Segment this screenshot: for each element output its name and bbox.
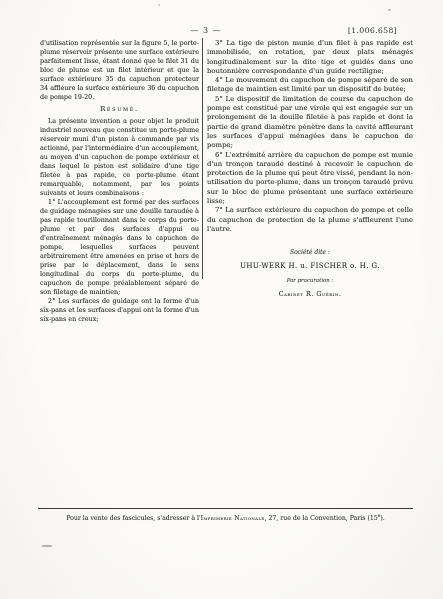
signature-agent-name: Cabinet R. Guérin. (207, 290, 413, 299)
claim-clause-6: 6° L'extrémité arrière du capuchon de po… (207, 151, 413, 207)
patent-reference-number: [1.006.658] (348, 26, 397, 35)
claim-clause-1: 1° L'accouplement est formé par des surf… (40, 198, 199, 297)
footer-rule (38, 508, 413, 509)
intro-paragraph: d'utilisation représentée sur la figure … (40, 39, 199, 102)
signature-company-name: UHU-WERK H. u. FISCHER o. H. G. (207, 262, 413, 271)
page-number: — 3 — (178, 26, 234, 35)
claim-clause-3: 3° La tige de piston munie d'un filet à … (207, 39, 413, 76)
footer-note: Pour la vente des fascicules, s'adresser… (38, 514, 413, 522)
left-column: d'utilisation représentée sur la figure … (40, 39, 199, 324)
claim-clause-2: 2° Les surfaces de guidage ont la forme … (40, 297, 199, 324)
signature-societe-label: Société dite : (207, 248, 413, 257)
summary-intro-paragraph: La présente invention a pour objet le pr… (40, 117, 199, 198)
signature-block: Société dite : UHU-WERK H. u. FISCHER o.… (207, 248, 413, 299)
footer-text-close: ). (380, 515, 384, 522)
paper-speck (388, 9, 391, 11)
patent-document-page: — 3 — [1.006.658] d'utilisation représen… (0, 0, 443, 599)
claim-clause-4: 4° Le mouvement du capuchon de pompe sép… (207, 76, 413, 95)
column-divider-rule (202, 38, 203, 279)
paper-speck (158, 4, 160, 6)
claim-clause-7: 7° La surface extérieure du capuchon de … (207, 206, 413, 234)
resume-heading: Résumé. (40, 105, 199, 114)
signature-procuration-label: Par procuration : (207, 277, 413, 286)
printer-name: Imprimerie Nationale (201, 515, 265, 522)
right-column: 3° La tige de piston munie d'un filet à … (207, 39, 413, 299)
stray-print-mark (42, 545, 52, 547)
footer-text-before: Pour la vente des fascicules, s'adresser… (66, 515, 200, 522)
claim-clause-5: 5° Le dispositif de limitation de course… (207, 95, 413, 151)
footer-text-after: , 27, rue de la Convention, Paris (15 (265, 515, 378, 522)
